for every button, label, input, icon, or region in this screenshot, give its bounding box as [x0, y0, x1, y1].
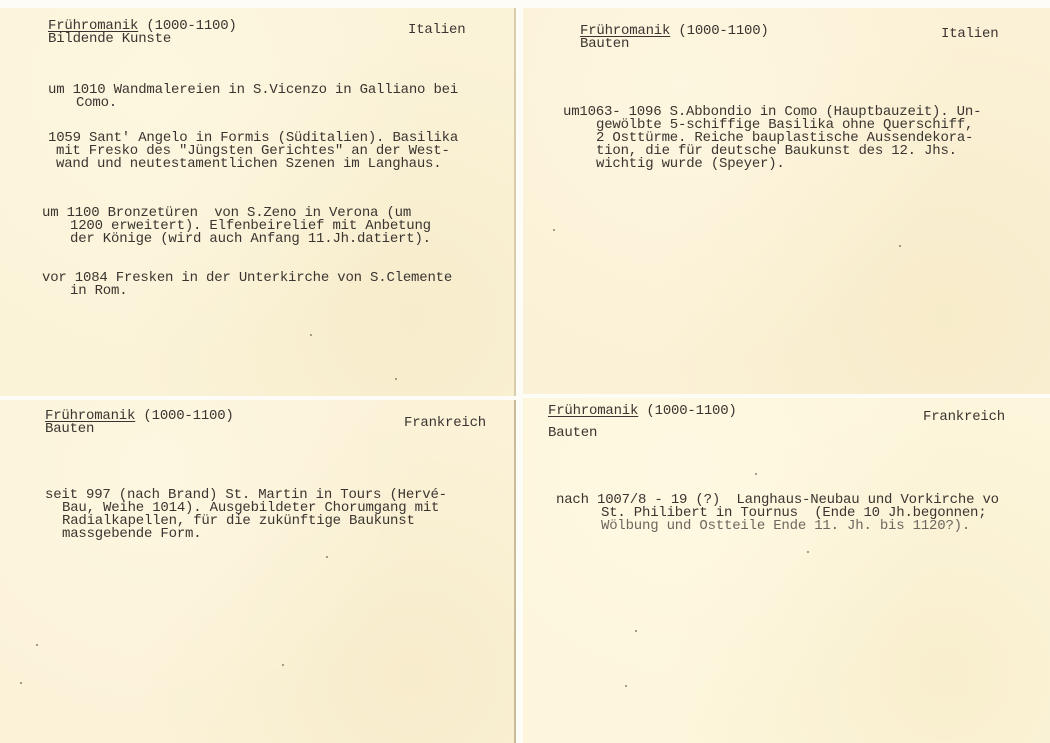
country-label: Italien [408, 24, 465, 37]
paper-speck [755, 473, 757, 475]
category-label: Bauten [580, 38, 629, 51]
paper-speck [635, 630, 637, 632]
paper-speck [807, 551, 809, 553]
country-label: Frankreich [404, 417, 486, 430]
paper-speck [625, 685, 627, 687]
entry-line: Como. [76, 97, 117, 110]
category-label: Bauten [45, 423, 94, 436]
entry-line: wichtig wurde (Speyer). [596, 158, 785, 171]
index-card-italien-bauten: Frühromanik (1000-1100) Bauten Italien u… [523, 8, 1050, 394]
index-card-italien-bildende-kunst: Frühromanik (1000-1100) Bildende Kunste … [0, 8, 516, 396]
paper-speck [899, 245, 901, 247]
country-label: Italien [941, 28, 998, 41]
paper-speck [282, 664, 284, 666]
category-label: Bauten [548, 427, 597, 440]
paper-speck [36, 644, 38, 646]
period-range: (1000-1100) [646, 403, 736, 419]
paper-speck [553, 229, 555, 231]
category-label: Bildende Kunste [48, 33, 171, 46]
index-card-frankreich-bauten-tours: Frühromanik (1000-1100) Bauten Frankreic… [0, 400, 516, 743]
paper-speck [20, 682, 22, 684]
entry-line: wand und neutestamentlichen Szenen im La… [56, 158, 441, 171]
paper-speck [310, 334, 312, 336]
period-range: (1000-1100) [143, 408, 233, 424]
card-heading: Frühromanik (1000-1100) [548, 405, 737, 418]
index-card-frankreich-bauten-tournus: Frühromanik (1000-1100) Bauten Frankreic… [523, 398, 1050, 743]
period-label: Frühromanik [548, 403, 638, 419]
country-label: Frankreich [923, 411, 1005, 424]
entry-line: in Rom. [70, 285, 127, 298]
paper-speck [326, 556, 328, 558]
entry-line: Wölbung und Ostteile Ende 11. Jh. bis 11… [601, 520, 970, 533]
entry-line: der Könige (wird auch Anfang 11.Jh.datie… [70, 233, 431, 246]
paper-speck [395, 378, 397, 380]
period-range: (1000-1100) [678, 23, 768, 39]
entry-line: massgebende Form. [62, 528, 201, 541]
